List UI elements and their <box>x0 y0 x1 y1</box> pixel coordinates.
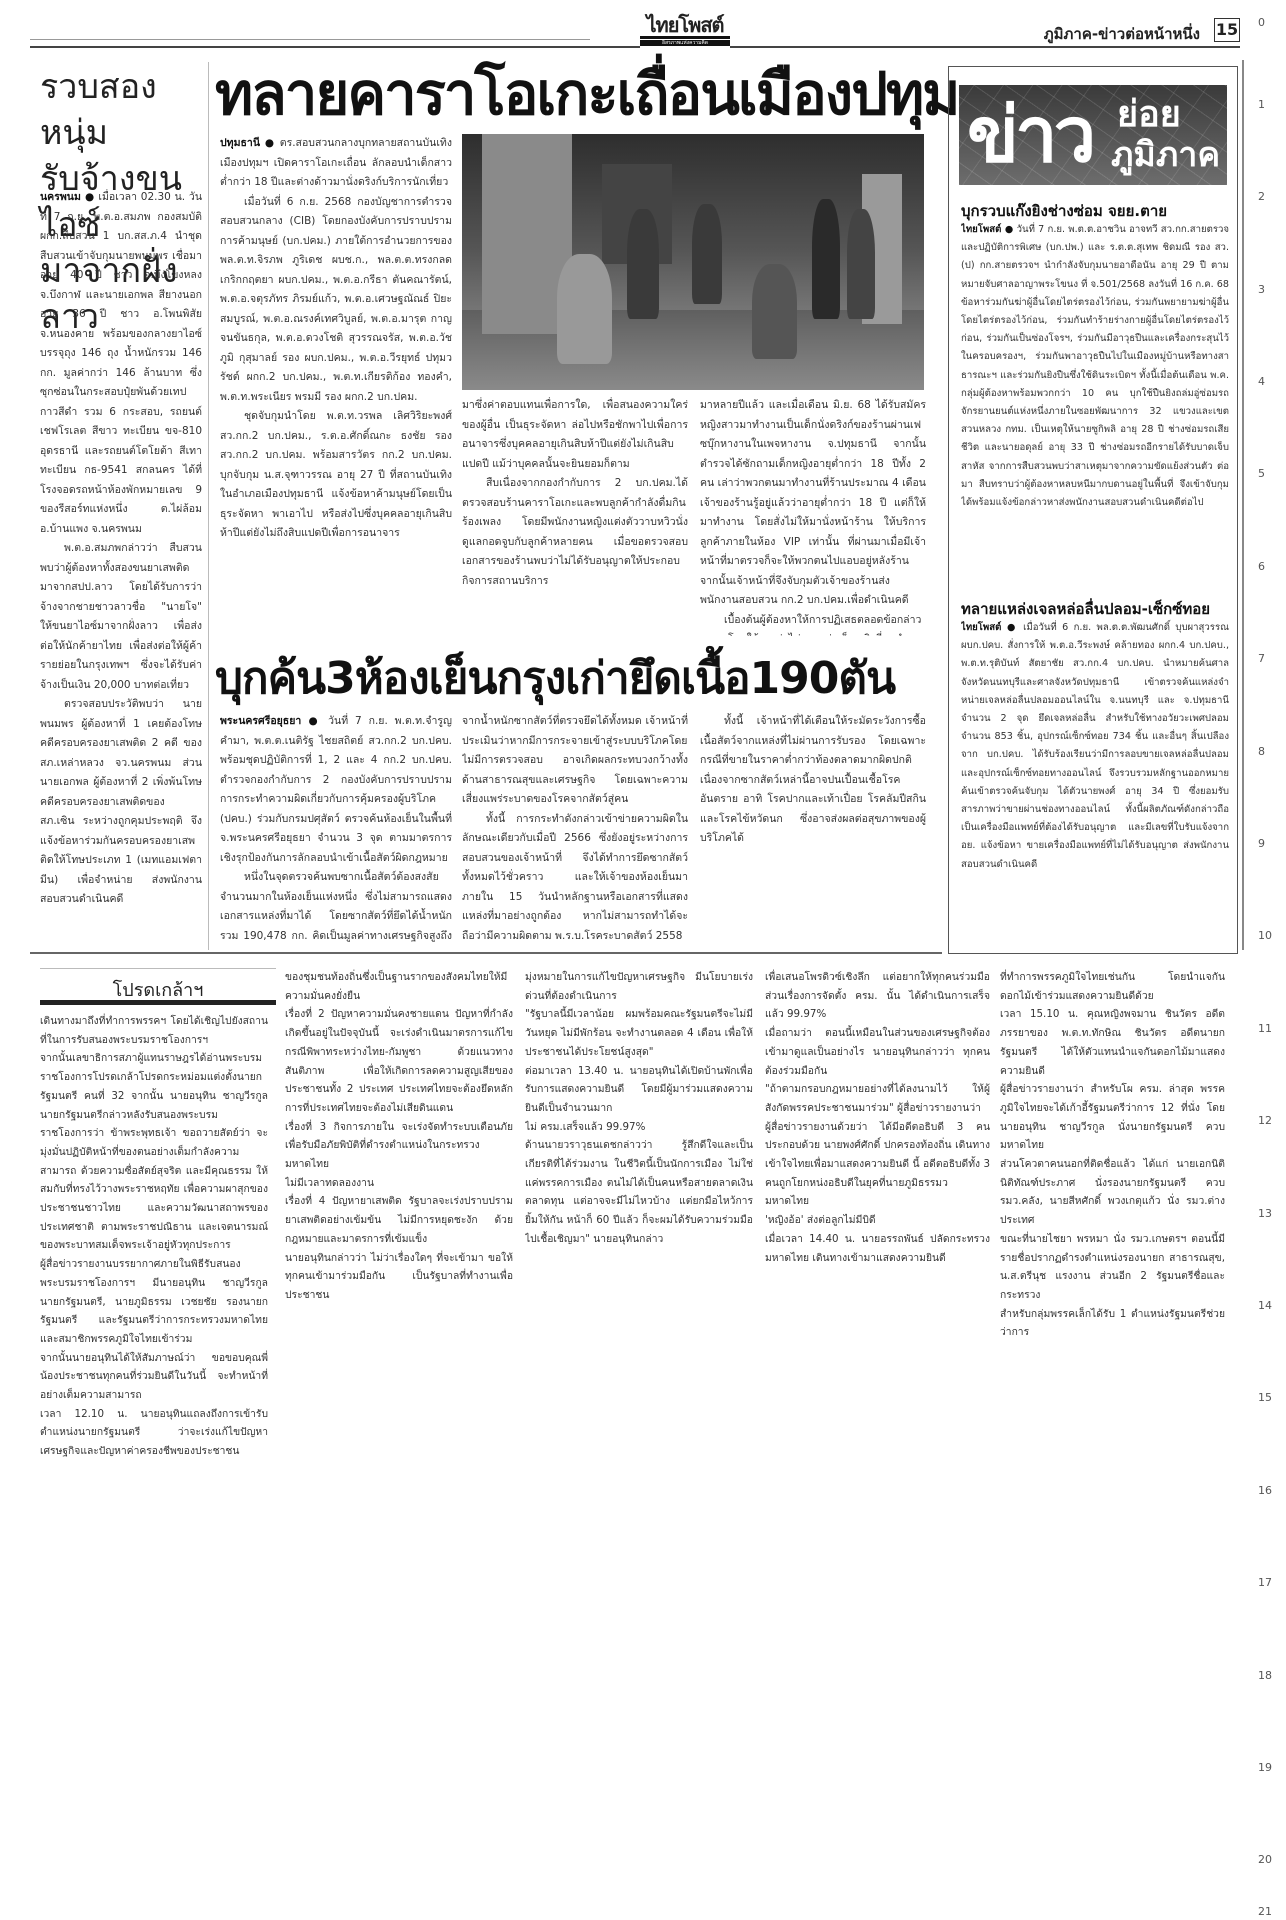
main-headline: ทลายคาราโอเกะเถื่อนเมืองปทุม <box>215 56 945 132</box>
logo-tagline: อิสรภาพแห่งความคิด <box>640 40 730 46</box>
section-label: ภูมิภาค-ข่าวต่อหน้าหนึ่ง <box>1044 22 1200 46</box>
sidebar-story-body: ไทยโพสต์ ● วันที่ 7 ก.ย. พ.ต.ต.อาชวิน อา… <box>961 221 1229 591</box>
line-number: 11 <box>1258 1022 1272 1035</box>
banner-subtitle: ภูมิภาค <box>1111 135 1220 175</box>
paragraph: ทั้งนี้ เจ้าหน้าที่ได้เตือนให้ระมัดระวัง… <box>700 715 926 844</box>
line-number: 6 <box>1258 560 1265 573</box>
masthead: ไทยโพสต์ อิสรภาพแห่งความคิด ภูมิภาค-ข่าว… <box>30 14 1240 50</box>
meat-story-headline: บุกค้น3ห้องเย็นกรุงเก่ายึดเนื้อ190ตัน <box>215 648 945 710</box>
paragraph: เมื่อวันที่ 6 ก.ย. พล.ต.ต.พัฒนศักดิ์ บุบ… <box>961 622 1229 870</box>
column-divider <box>208 62 209 950</box>
banner-title: ข่าว <box>967 87 1092 183</box>
line-number: 14 <box>1258 1299 1272 1312</box>
proclamation-col-1: เดินทางมาถึงที่ทำการพรรคฯ โดยได้เชิญไปยั… <box>40 1012 268 1912</box>
paragraph: วันที่ 7 ก.ย. พ.ต.ต.อาชวิน อาจทวี สว.กก.… <box>961 224 1229 508</box>
line-number: 17 <box>1258 1576 1272 1589</box>
main-story-col-1: ปทุมธานี ● ตร.สอบสวนกลางบุกทลายสถานบันเท… <box>220 134 452 634</box>
regional-news-banner: ข่าว ย่อย ภูมิภาค <box>959 85 1227 185</box>
line-number: 7 <box>1258 652 1265 665</box>
line-number: 3 <box>1258 283 1265 296</box>
proclamation-col-2: ของชุมชนท้องถิ่นซึ่งเป็นฐานรากของสังคมไท… <box>285 968 513 1913</box>
meat-story-col-3: ทั้งนี้ เจ้าหน้าที่ได้เตือนให้ระมัดระวัง… <box>700 712 926 944</box>
paragraph: เมื่อวันที่ 6 ก.ย. 2568 กองบัญชาการตำรวจ… <box>220 196 452 403</box>
line-number: 8 <box>1258 745 1265 758</box>
proclamation-col-5: ที่ทำการพรรคภูมิใจไทยเช่นกัน โดยนำแจกันด… <box>1000 968 1225 1913</box>
paragraph: สืบเนื่องจากกองกำกับการ 2 บก.ปคม.ได้ตรวจ… <box>462 477 688 587</box>
meat-story-col-2: จากน้ำหนักซากสัตว์ที่ตรวจยึดได้ทั้งหมด เ… <box>462 712 688 944</box>
dateline: ไทยโพสต์ ● <box>961 622 1018 633</box>
proclamation-col-4: เพื่อเสนอโพรดิวซ์เชิงลึก แต่อยากให้ทุกคน… <box>765 968 990 1913</box>
sidebar-story-title: บุกรวบแก๊งยิงช่างซ่อม จยย.ตาย <box>961 199 1229 223</box>
meat-story-col-1: พระนครศรีอยุธยา ● วันที่ 7 ก.ย. พ.ต.ท.จำ… <box>220 712 452 944</box>
newspaper-page: ไทยโพสต์ อิสรภาพแห่งความคิด ภูมิภาค-ข่าว… <box>0 0 1286 1920</box>
section-divider <box>30 952 942 954</box>
dateline: ไทยโพสต์ ● <box>961 224 1013 235</box>
margin-rule <box>1242 60 1244 950</box>
main-story-col-2: มาซึ่งค่าตอบแทนเพื่อการใด, เพื่อสนองความ… <box>462 396 688 636</box>
headline-line: รวบสองหนุ่ม <box>40 64 210 156</box>
line-number: 1 <box>1258 98 1265 111</box>
line-number: 9 <box>1258 837 1265 850</box>
paragraph: มาหลายปีแล้ว และเมื่อเดือน มิ.ย. 68 ได้ร… <box>700 399 926 606</box>
paragraph: หนึ่งในจุดตรวจค้นพบซากเนื้อสัตว์ต้องสงสั… <box>220 871 452 944</box>
paragraph: จากน้ำหนักซากสัตว์ที่ตรวจยึดได้ทั้งหมด เ… <box>462 715 688 805</box>
masthead-rule <box>30 46 1240 48</box>
regional-news-sidebar: ข่าว ย่อย ภูมิภาค บุกรวบแก๊งยิงช่างซ่อม … <box>948 66 1238 954</box>
paragraph: ชุดจับกุมนำโดย พ.ต.ท.วรพล เลิศวิริยะพงศ์… <box>220 410 452 539</box>
line-number: 15 <box>1258 1391 1272 1404</box>
dateline: นครพนม ● <box>40 191 95 203</box>
paragraph: มาซึ่งค่าตอบแทนเพื่อการใด, เพื่อสนองความ… <box>462 399 688 470</box>
line-number: 19 <box>1258 1761 1272 1774</box>
line-number: 4 <box>1258 375 1265 388</box>
line-number: 16 <box>1258 1484 1272 1497</box>
line-number: 18 <box>1258 1669 1272 1682</box>
line-number: 13 <box>1258 1207 1272 1220</box>
paragraph: ทั้งนี้ การกระทำดังกล่าวเข้าข่ายความผิดใ… <box>462 813 688 942</box>
proclamation-col-3: มุ่งหมายในการแก้ไขปัญหาเศรษฐกิจ มีนโยบาย… <box>525 968 753 1913</box>
line-number: 5 <box>1258 467 1265 480</box>
paragraph: วันที่ 7 ก.ย. พ.ต.ท.จำรูญ คำมา, พ.ต.ต.เน… <box>220 715 452 864</box>
sidebar-story-body: ไทยโพสต์ ● เมื่อวันที่ 6 ก.ย. พล.ต.ต.พัฒ… <box>961 619 1229 949</box>
main-story-col-3: มาหลายปีแล้ว และเมื่อเดือน มิ.ย. 68 ได้ร… <box>700 396 926 636</box>
line-number: 20 <box>1258 1853 1272 1866</box>
line-number: 21 <box>1258 1905 1272 1918</box>
left-story-body: นครพนม ● เมื่อเวลา 02.30 น. วันที่ 7 ก.ย… <box>40 188 202 910</box>
line-number: 12 <box>1258 1114 1272 1127</box>
proclamation-header-bar <box>40 1000 276 1005</box>
paragraph: เบื้องต้นผู้ต้องหาให้การปฏิเสธตลอดข้อกล่… <box>700 614 926 637</box>
line-number: 0 <box>1258 16 1265 29</box>
line-number: 2 <box>1258 190 1265 203</box>
paragraph: เมื่อเวลา 02.30 น. วันที่ 7 ก.ย. พ.ต.อ.ส… <box>40 191 202 535</box>
line-number: 10 <box>1258 929 1272 942</box>
masthead-thin-rule <box>30 39 590 40</box>
paragraph: พ.ต.อ.สมภพกล่าวว่า สืบสวนพบว่าผู้ต้องหาท… <box>40 542 202 691</box>
logo-text: ไทยโพสต์ <box>640 14 730 39</box>
dateline: ปทุมธานี ● <box>220 137 275 149</box>
banner-subtitle: ย่อย <box>1117 95 1181 135</box>
sidebar-story-title: ทลายแหล่งเจลหล่อลื่นปลอม-เซ็กซ์ทอย <box>961 597 1229 621</box>
dateline: พระนครศรีอยุธยา ● <box>220 715 321 727</box>
newspaper-logo: ไทยโพสต์ อิสรภาพแห่งความคิด <box>640 14 730 48</box>
page-number: 15 <box>1214 18 1240 42</box>
raid-photo <box>462 134 924 390</box>
paragraph: ตรวจสอบประวัติพบว่า นายพนมพร ผู้ต้องหาที… <box>40 698 202 905</box>
